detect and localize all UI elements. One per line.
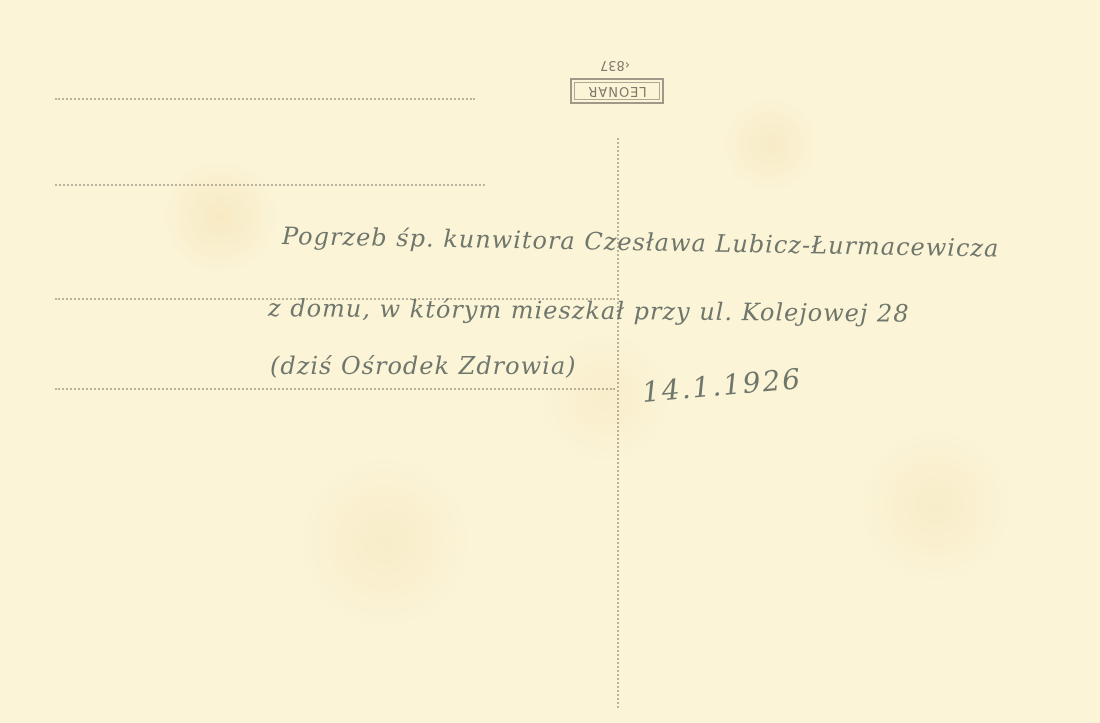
address-line-2 [55, 184, 485, 186]
publisher-stamp: LEONAR ‹837 [562, 46, 668, 110]
stamp-number: ‹837 [600, 57, 630, 72]
stamp-text: LEONAR [574, 82, 660, 100]
address-line-4 [55, 388, 615, 390]
handwriting-line-3: (dziś Ośrodek Zdrowia) [270, 352, 577, 380]
handwriting-line-1: Pogrzeb śp. kunwitora Czesława Lubicz-Łu… [282, 222, 1000, 263]
handwriting-line-2: z domu, w którym mieszkał przy ul. Kolej… [268, 294, 910, 328]
handwriting-date: 14.1.1926 [641, 362, 804, 409]
postcard-back: LEONAR ‹837 Pogrzeb śp. kunwitora Czesła… [0, 0, 1100, 723]
center-divider [617, 138, 619, 708]
address-line-1 [55, 98, 475, 100]
stamp-frame: LEONAR [570, 78, 664, 104]
